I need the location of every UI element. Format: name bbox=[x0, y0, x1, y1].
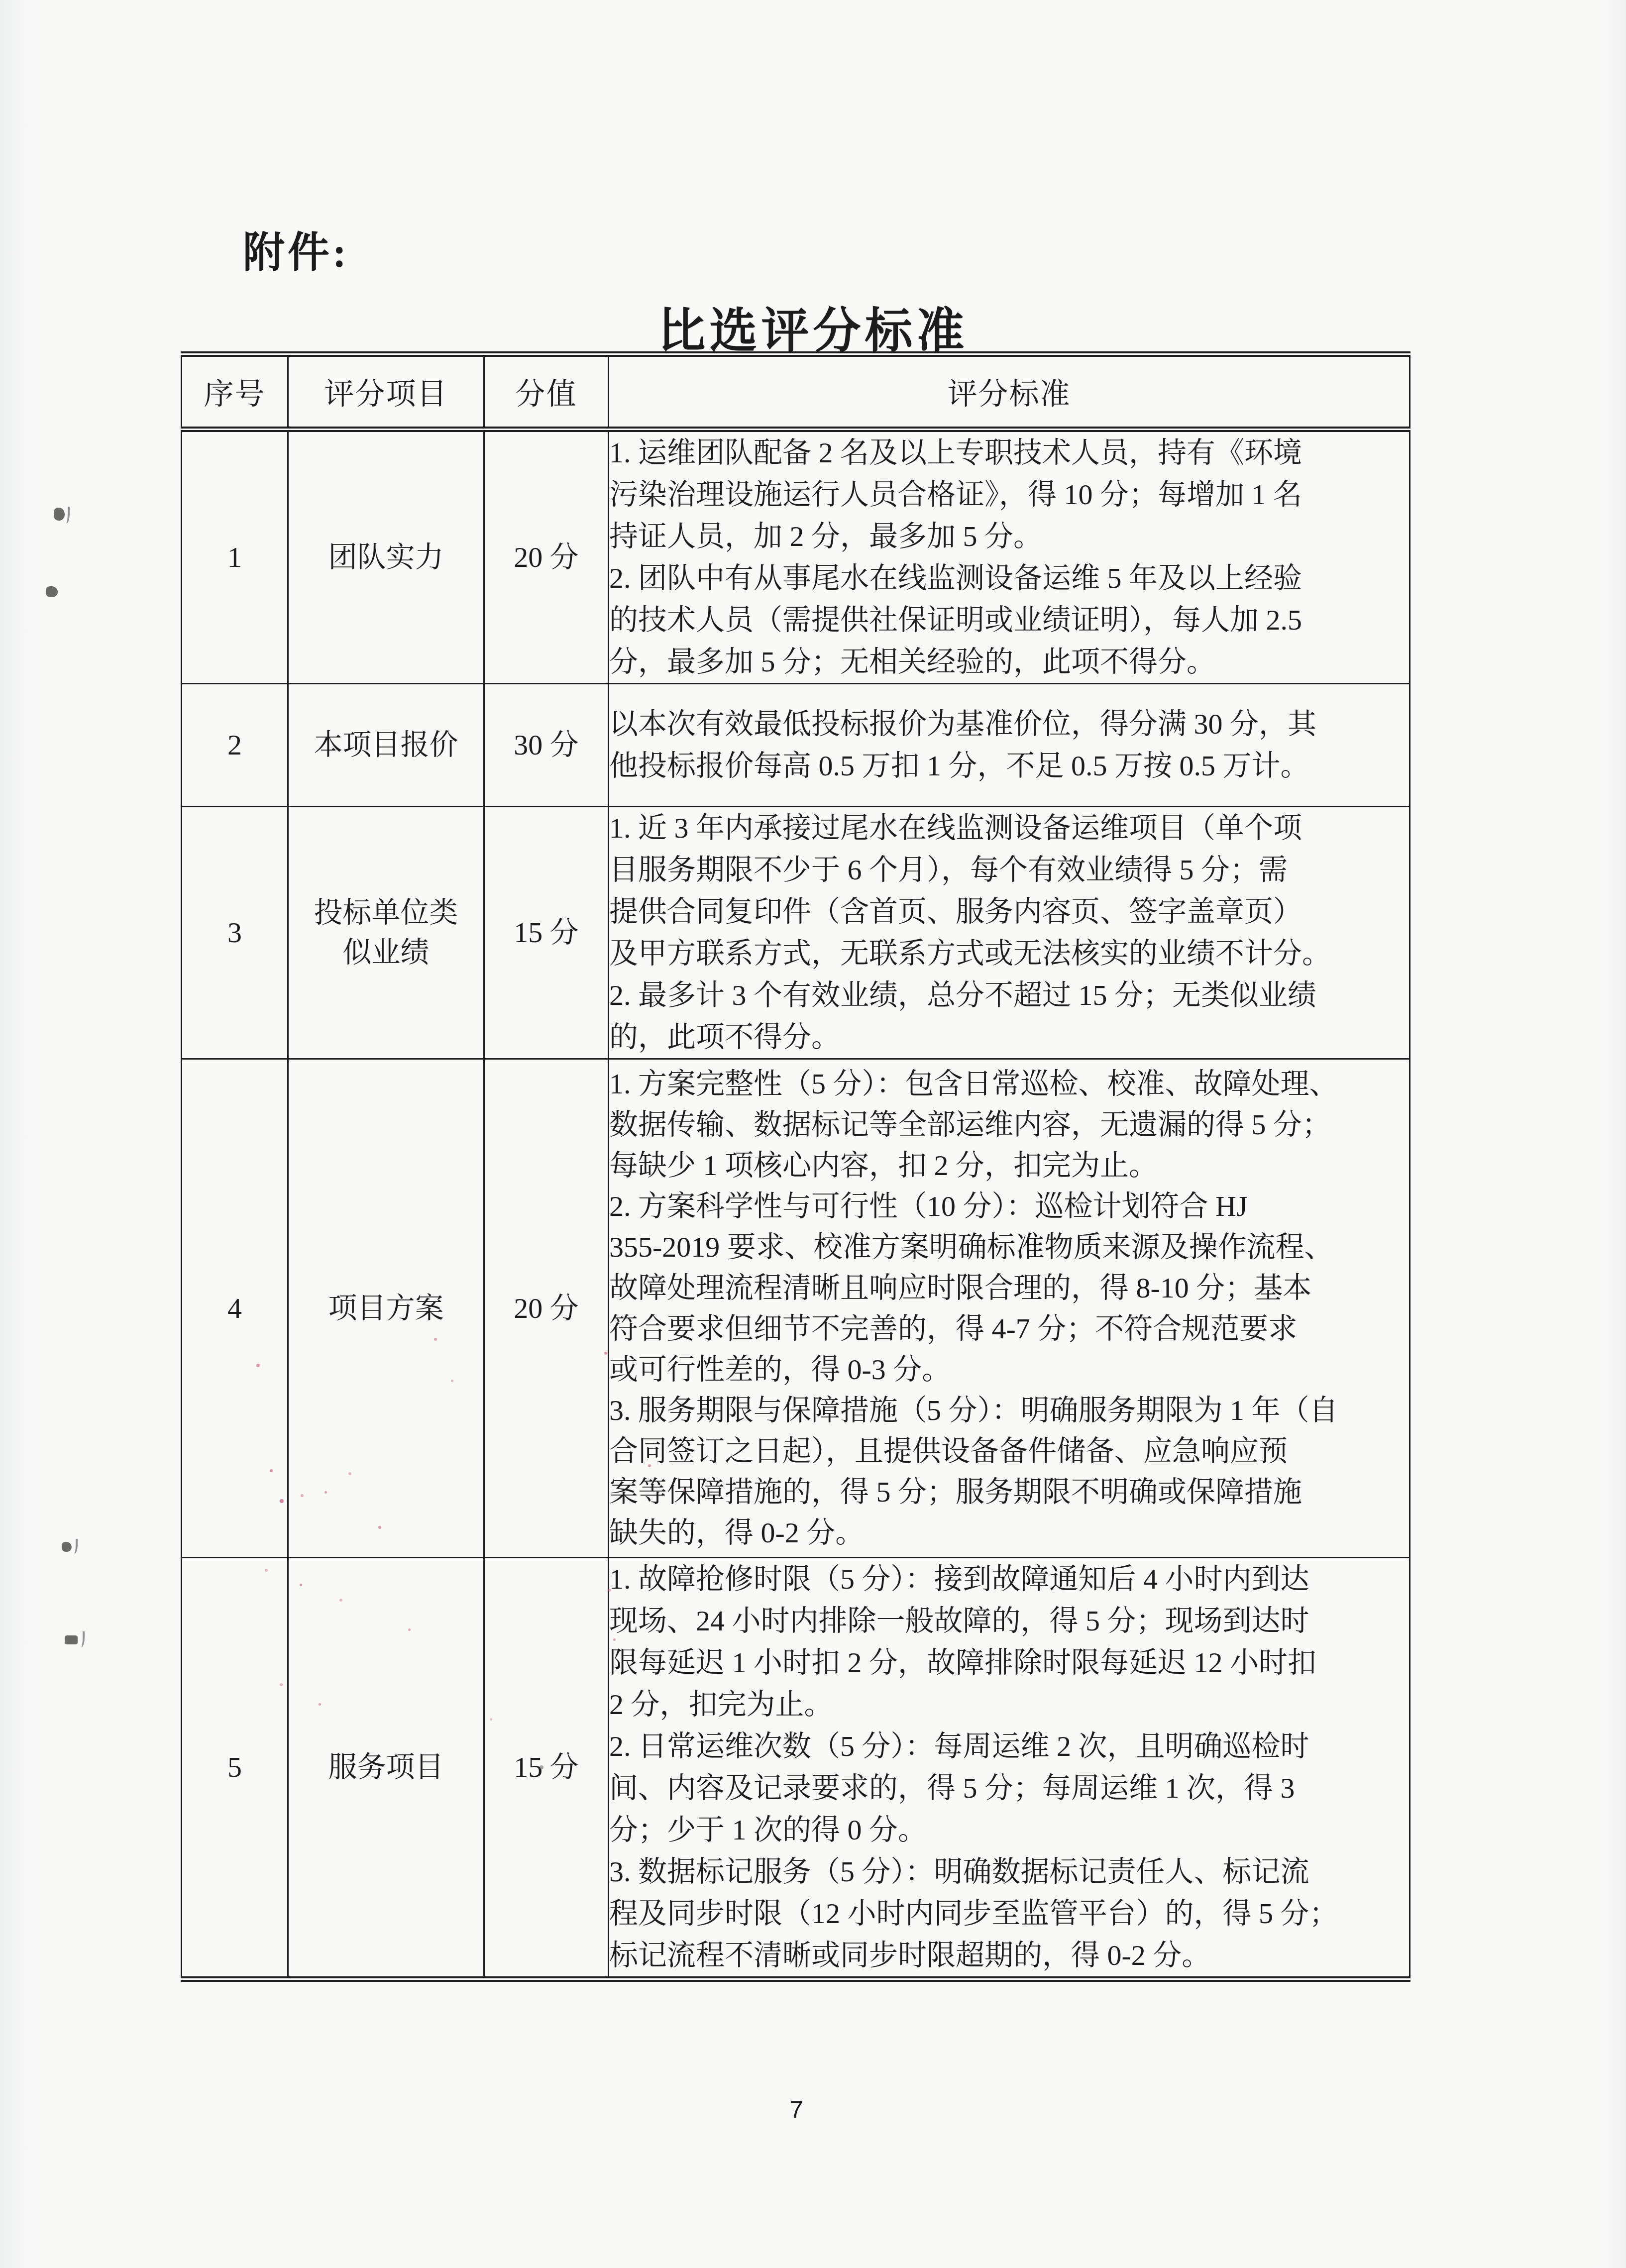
table-row: 4 项目方案 20 分 1. 方案完整性（5 分）：包含日常巡检、校准、故障处理… bbox=[182, 1059, 1410, 1558]
row-item: 本项目报价 bbox=[288, 684, 484, 807]
scan-speckle bbox=[648, 1464, 651, 1467]
row-criteria: 1. 故障抢修时限（5 分）：接到故障通知后 4 小时内到达 现场、24 小时内… bbox=[609, 1558, 1410, 1979]
table-row: 2 本项目报价 30 分 以本次有效最低投标报价为基准价位，得分满 30 分，其… bbox=[182, 684, 1410, 807]
scan-speckle bbox=[348, 1472, 351, 1475]
scan-speckle bbox=[280, 1683, 283, 1686]
scan-speckle bbox=[256, 1364, 260, 1367]
scan-speckle bbox=[270, 1469, 273, 1472]
row-score: 20 分 bbox=[484, 430, 609, 684]
table-row: 3 投标单位类 似业绩 15 分 1. 近 3 年内承接过尾水在线监测设备运维项… bbox=[182, 807, 1410, 1059]
row-item: 项目方案 bbox=[288, 1059, 484, 1558]
table-row: 1 团队实力 20 分 1. 运维团队配备 2 名及以上专职技术人员，持有《环境… bbox=[182, 430, 1410, 684]
scan-speckle bbox=[378, 1526, 381, 1529]
scan-speckle bbox=[604, 1352, 607, 1355]
page-title: 比选评分标准 bbox=[0, 293, 1626, 361]
ink-smudge bbox=[79, 1631, 85, 1647]
row-score: 30 分 bbox=[484, 684, 609, 807]
row-score: 15 分 bbox=[484, 807, 609, 1059]
ink-smudge bbox=[46, 586, 58, 597]
scan-speckle bbox=[451, 1380, 453, 1382]
table-row: 5 服务项目 15 分 1. 故障抢修时限（5 分）：接到故障通知后 4 小时内… bbox=[182, 1558, 1410, 1979]
row-score: 20 分 bbox=[484, 1059, 609, 1558]
row-criteria: 1. 运维团队配备 2 名及以上专职技术人员，持有《环境 污染治理设施运行人员合… bbox=[609, 430, 1410, 684]
ink-smudge bbox=[65, 1635, 78, 1644]
scan-speckle bbox=[300, 1584, 302, 1586]
row-score: 15 分 bbox=[484, 1558, 609, 1979]
scoring-criteria-table: 序号 评分项目 分值 评分标准 1 团队实力 20 分 1. 运维团队配备 2 … bbox=[181, 351, 1410, 1982]
row-seq: 1 bbox=[182, 430, 288, 684]
scan-speckle bbox=[325, 1491, 327, 1494]
ink-smudge bbox=[64, 507, 70, 524]
attachment-label: 附件: bbox=[243, 219, 349, 279]
row-seq: 3 bbox=[182, 807, 288, 1059]
scan-speckle bbox=[319, 1703, 321, 1706]
scan-speckle bbox=[408, 1628, 411, 1631]
row-item: 投标单位类 似业绩 bbox=[288, 807, 484, 1059]
header-score: 分值 bbox=[484, 354, 609, 430]
row-seq: 5 bbox=[182, 1558, 288, 1979]
scan-speckle bbox=[608, 1589, 611, 1592]
scan-speckle bbox=[683, 1489, 685, 1492]
scan-speckle bbox=[434, 1338, 437, 1341]
ink-smudge bbox=[54, 508, 65, 521]
table-header-row: 序号 评分项目 分值 评分标准 bbox=[182, 354, 1410, 430]
row-seq: 2 bbox=[182, 684, 288, 807]
row-item: 团队实力 bbox=[288, 430, 484, 684]
page-number: 7 bbox=[766, 2096, 826, 2124]
scan-speckle bbox=[265, 1569, 268, 1572]
header-seq: 序号 bbox=[182, 354, 288, 430]
scan-speckle bbox=[540, 1765, 543, 1769]
scan-speckle bbox=[490, 1718, 492, 1721]
row-seq: 4 bbox=[182, 1059, 288, 1558]
row-criteria: 以本次有效最低投标报价为基准价位，得分满 30 分，其 他投标报价每高 0.5 … bbox=[609, 684, 1410, 807]
header-item: 评分项目 bbox=[288, 354, 484, 430]
scan-speckle bbox=[301, 1494, 304, 1497]
header-criteria: 评分标准 bbox=[609, 354, 1410, 430]
ink-smudge bbox=[72, 1539, 78, 1554]
scan-speckle bbox=[280, 1499, 284, 1503]
row-item: 服务项目 bbox=[288, 1558, 484, 1979]
scanned-document-page: 附件: 比选评分标准 序号 评分项目 分值 评分标准 1 团队实力 20 分 1… bbox=[0, 0, 1626, 2268]
scan-speckle bbox=[613, 1638, 616, 1641]
ink-smudge bbox=[62, 1542, 72, 1552]
scan-speckle bbox=[339, 1599, 342, 1602]
row-criteria: 1. 方案完整性（5 分）：包含日常巡检、校准、故障处理、 数据传输、数据标记等… bbox=[609, 1059, 1410, 1558]
row-criteria: 1. 近 3 年内承接过尾水在线监测设备运维项目（单个项 目服务期限不少于 6 … bbox=[609, 807, 1410, 1059]
